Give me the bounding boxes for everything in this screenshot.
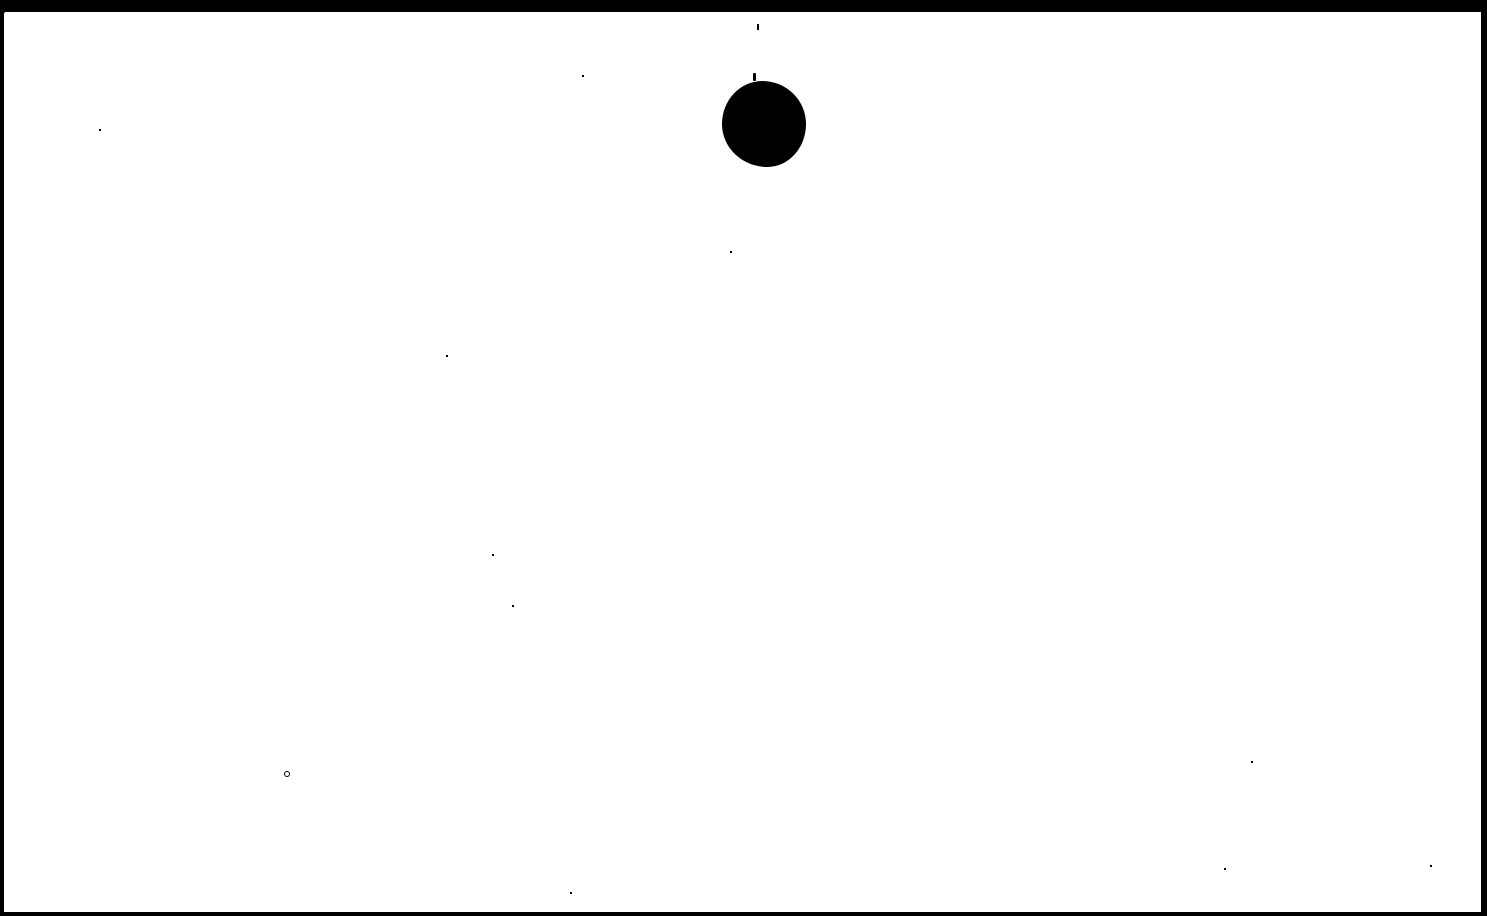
noise-ring [284,771,290,777]
noise-speck [582,75,584,77]
noise-speck [99,129,101,131]
noise-speck [1430,865,1432,867]
noise-speck [1251,761,1253,763]
noise-speck [1224,868,1226,870]
noise-speck [492,554,494,556]
dark-circle [722,81,806,167]
circle-stem [753,73,756,81]
noise-speck [446,355,448,357]
noise-speck [512,605,514,607]
noise-speck [730,251,732,253]
frame-right-edge [1481,0,1487,916]
noise-speck [757,24,759,30]
noise-speck [570,892,572,894]
